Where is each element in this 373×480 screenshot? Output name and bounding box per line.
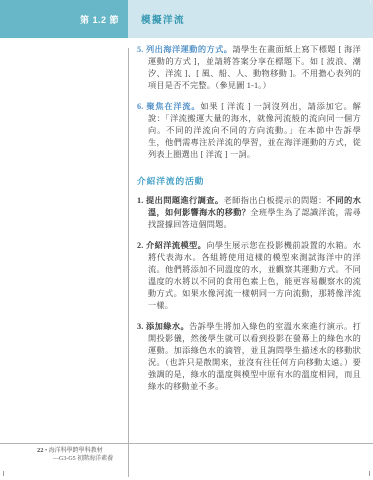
list-item-6: 6. 聚焦在洋流。如果 [ 洋流 ] 一詞沒列出，請添加它。解說：「洋流搬運大量… [137, 101, 361, 161]
section-number-tab: 第 1.2 節 [0, 0, 128, 38]
page-number: 22 [37, 447, 44, 454]
item-lead: 添加綠水。 [146, 322, 189, 331]
section-number-label: 第 1.2 節 [80, 13, 119, 26]
page-footer: 22 • 海洋科學跨學科教材 —G3-G5 初階海洋素養 [37, 447, 113, 463]
footer-bullet: • [45, 448, 47, 454]
section-heading: 介紹洋流的活動 [137, 175, 361, 187]
crop-mark-bottom-left [3, 471, 4, 476]
body-content: 5. 列出海洋運動的方式。請學生在畫面紙上寫下標題 [ 海洋運動的方式 ]，並請… [137, 44, 361, 393]
page-header: 第 1.2 節 模擬洋流 [0, 0, 373, 38]
footer-line-1: 22 • 海洋科學跨學科教材 [37, 447, 113, 456]
list-item-5: 5. 列出海洋運動的方式。請學生在畫面紙上寫下標題 [ 海洋運動的方式 ]，並請… [137, 44, 361, 92]
crop-mark-top-right [370, 0, 371, 4]
header-title-bar: 模擬洋流 [128, 0, 373, 38]
item-body: 告訴學生將加入綠色的室溫水來進行演示。打開投影儀，然後學生就可以看到投影在螢幕上… [148, 322, 361, 391]
item-body: 向學生展示您在投影機前設置的水箱。水將代表海水。各組將使用這樣的模型來測試海洋中… [148, 241, 361, 310]
item-lead: 聚焦在洋流。 [146, 102, 200, 111]
page-title: 模擬洋流 [141, 12, 185, 26]
item-number: 1. [137, 196, 144, 205]
item-lead: 介紹洋流模型。 [146, 241, 206, 250]
item-number: 3. [137, 322, 144, 331]
footer-line-2: —G3-G5 初階海洋素養 [37, 456, 113, 464]
column-divider [128, 48, 129, 477]
item-number: 2. [137, 241, 144, 250]
item-lead: 提出問題進行調查。 [146, 196, 223, 205]
crop-mark-bottom-right [369, 471, 370, 476]
item-number: 6. [137, 102, 144, 111]
document-page: 第 1.2 節 模擬洋流 5. 列出海洋運動的方式。請學生在畫面紙上寫下標題 [… [0, 0, 373, 480]
footer-book-title: 海洋科學跨學科教材 [49, 448, 103, 454]
activity-item-2: 2. 介紹洋流模型。向學生展示您在投影機前設置的水箱。水將代表海水。各組將使用這… [137, 240, 361, 312]
activity-item-1: 1. 提出問題進行調查。老師指出白板提示的問題：不同的水溫，如何影響海水的移動？… [137, 195, 361, 231]
item-lead: 列出海洋運動的方式。 [146, 45, 232, 54]
footer-divider [0, 443, 373, 444]
item-number: 5. [137, 45, 144, 54]
item-body-pre: 老師指出白板提示的問題： [223, 196, 326, 205]
activity-item-3: 3. 添加綠水。告訴學生將加入綠色的室溫水來進行演示。打開投影儀，然後學生就可以… [137, 321, 361, 393]
